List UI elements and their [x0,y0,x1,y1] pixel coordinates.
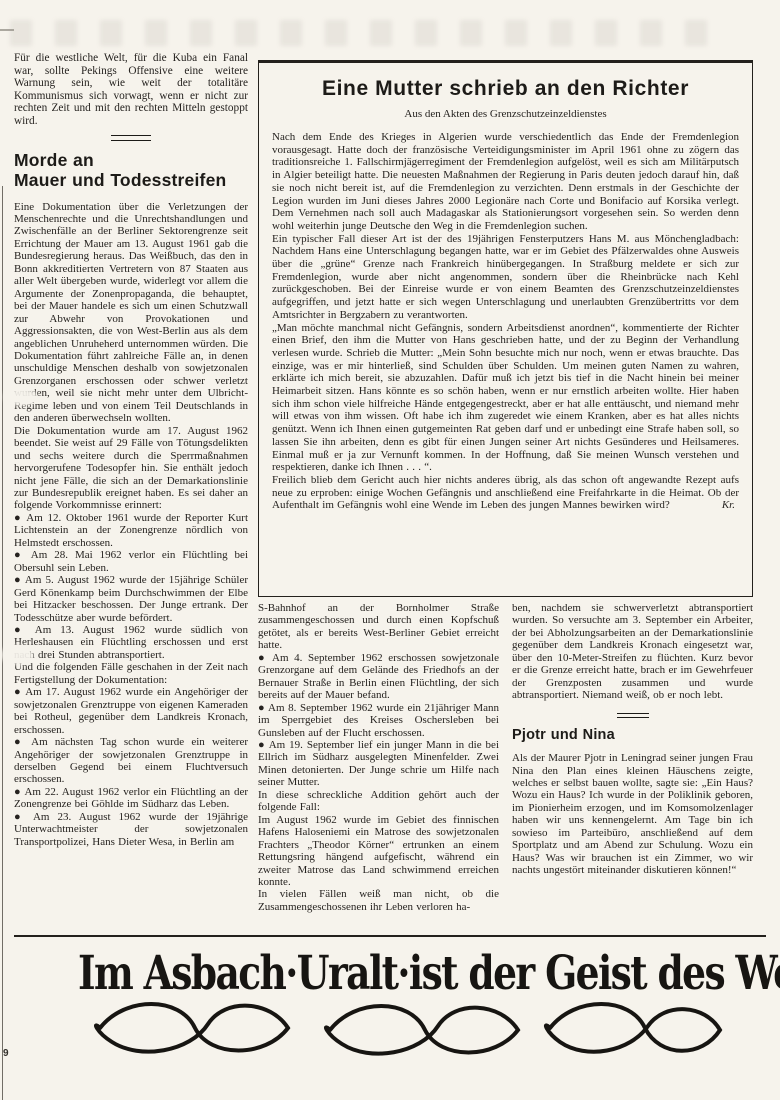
paragraph: Eine Dokumentation über die Verletzungen… [14,201,248,425]
paragraph: „Man möchte manchmal nicht Gefängnis, so… [272,322,739,474]
box-subtitle: Aus den Akten des Grenzschutzeinzeldiens… [272,108,739,120]
right-column-continuation: ben, nachdem sie schwerverletzt abtransp… [512,602,753,702]
middle-column-paragraphs: S-Bahnhof an der Bornholmer Straße zusam… [258,602,499,913]
paragraph: ● Am 19. September lief ein junger Mann … [258,739,499,789]
left-column-paragraphs: Eine Dokumentation über die Verletzungen… [14,201,248,849]
paragraph: ● Am 5. August 1962 wurde der 15jährige … [14,574,248,624]
box-paragraphs: Nach dem Ende des Krieges in Algerien wu… [272,131,739,512]
paragraph: ● Am nächsten Tag schon wurde ein weiter… [14,736,248,786]
print-ghosting-artifact [10,20,710,46]
right-column: ben, nachdem sie schwerverletzt abtransp… [512,602,753,947]
paragraph: ● Am 23. August 1962 wurde der 19jährige… [14,811,248,848]
box-title: Eine Mutter schrieb an den Richter [272,77,739,101]
paragraph: ● Am 8. September 1962 wurde ein 21jähri… [258,702,499,739]
article-heading-line1: Morde an [14,150,94,170]
section-divider [617,713,649,718]
paragraph: Die Dokumentation wurde am 17. August 19… [14,425,248,512]
magazine-page: Für die westliche Welt, für die Kuba ein… [0,0,780,1100]
calligraphic-flourish [30,998,750,1060]
paragraph: ben, nachdem sie schwerverletzt abtransp… [512,602,753,702]
paragraph: S-Bahnhof an der Bornholmer Straße zusam… [258,602,499,652]
boxed-article: Eine Mutter schrieb an den Richter Aus d… [258,60,753,597]
paragraph: In vielen Fällen weiß man nicht, ob die … [258,888,499,913]
page-number: 9 [3,1048,9,1059]
right-column-story: Als der Maurer Pjotr in Leningrad seiner… [512,752,753,877]
scan-smudge [4,388,38,406]
asbach-uralt-ad: Im Asbach·Uralt·ist der Geist des Weines [0,946,780,1096]
paragraph: ● Am 12. Oktober 1961 wurde der Reporter… [14,512,248,549]
paragraph: ● Am 22. August 1962 verlor ein Flüchtli… [14,786,248,811]
paragraph: Als der Maurer Pjotr in Leningrad seiner… [512,752,753,877]
middle-column: S-Bahnhof an der Bornholmer Straße zusam… [258,602,499,940]
left-column: Für die westliche Welt, für die Kuba ein… [14,52,248,934]
paragraph: In diese schreckliche Addition gehört au… [258,789,499,814]
paragraph: Und die folgenden Fälle geschahen in der… [14,661,248,686]
subheading-pjotr-und-nina: Pjotr und Nina [512,729,753,741]
paragraph: ● Am 4. September 1962 erschossen sowjet… [258,652,499,702]
article-heading-line2: Mauer und Todesstreifen [14,170,226,190]
article-heading: Morde an Mauer und Todesstreifen [14,150,248,191]
paragraph: Ein typischer Fall dieser Art ist der de… [272,233,739,322]
paragraph: ● Am 13. August 1962 wurde südlich von H… [14,624,248,661]
intro-paragraph: Für die westliche Welt, für die Kuba ein… [14,52,248,128]
paragraph: Freilich blieb dem Gericht auch hier nic… [272,474,739,512]
ad-blackletter-text: Im Asbach·Uralt·ist der Geist des Weines [78,946,702,1001]
paragraph: ● Am 17. August 1962 wurde ein Angehörig… [14,686,248,736]
section-divider [111,135,151,141]
footer-rule [14,935,766,937]
paragraph: ● Am 28. Mai 1962 verlor ein Flüchtling … [14,549,248,574]
scan-smudge [1,645,34,665]
scan-edge-tick [0,29,14,31]
paragraph: Im August 1962 wurde im Gebiet des finni… [258,814,499,889]
paragraph: Nach dem Ende des Krieges in Algerien wu… [272,131,739,233]
